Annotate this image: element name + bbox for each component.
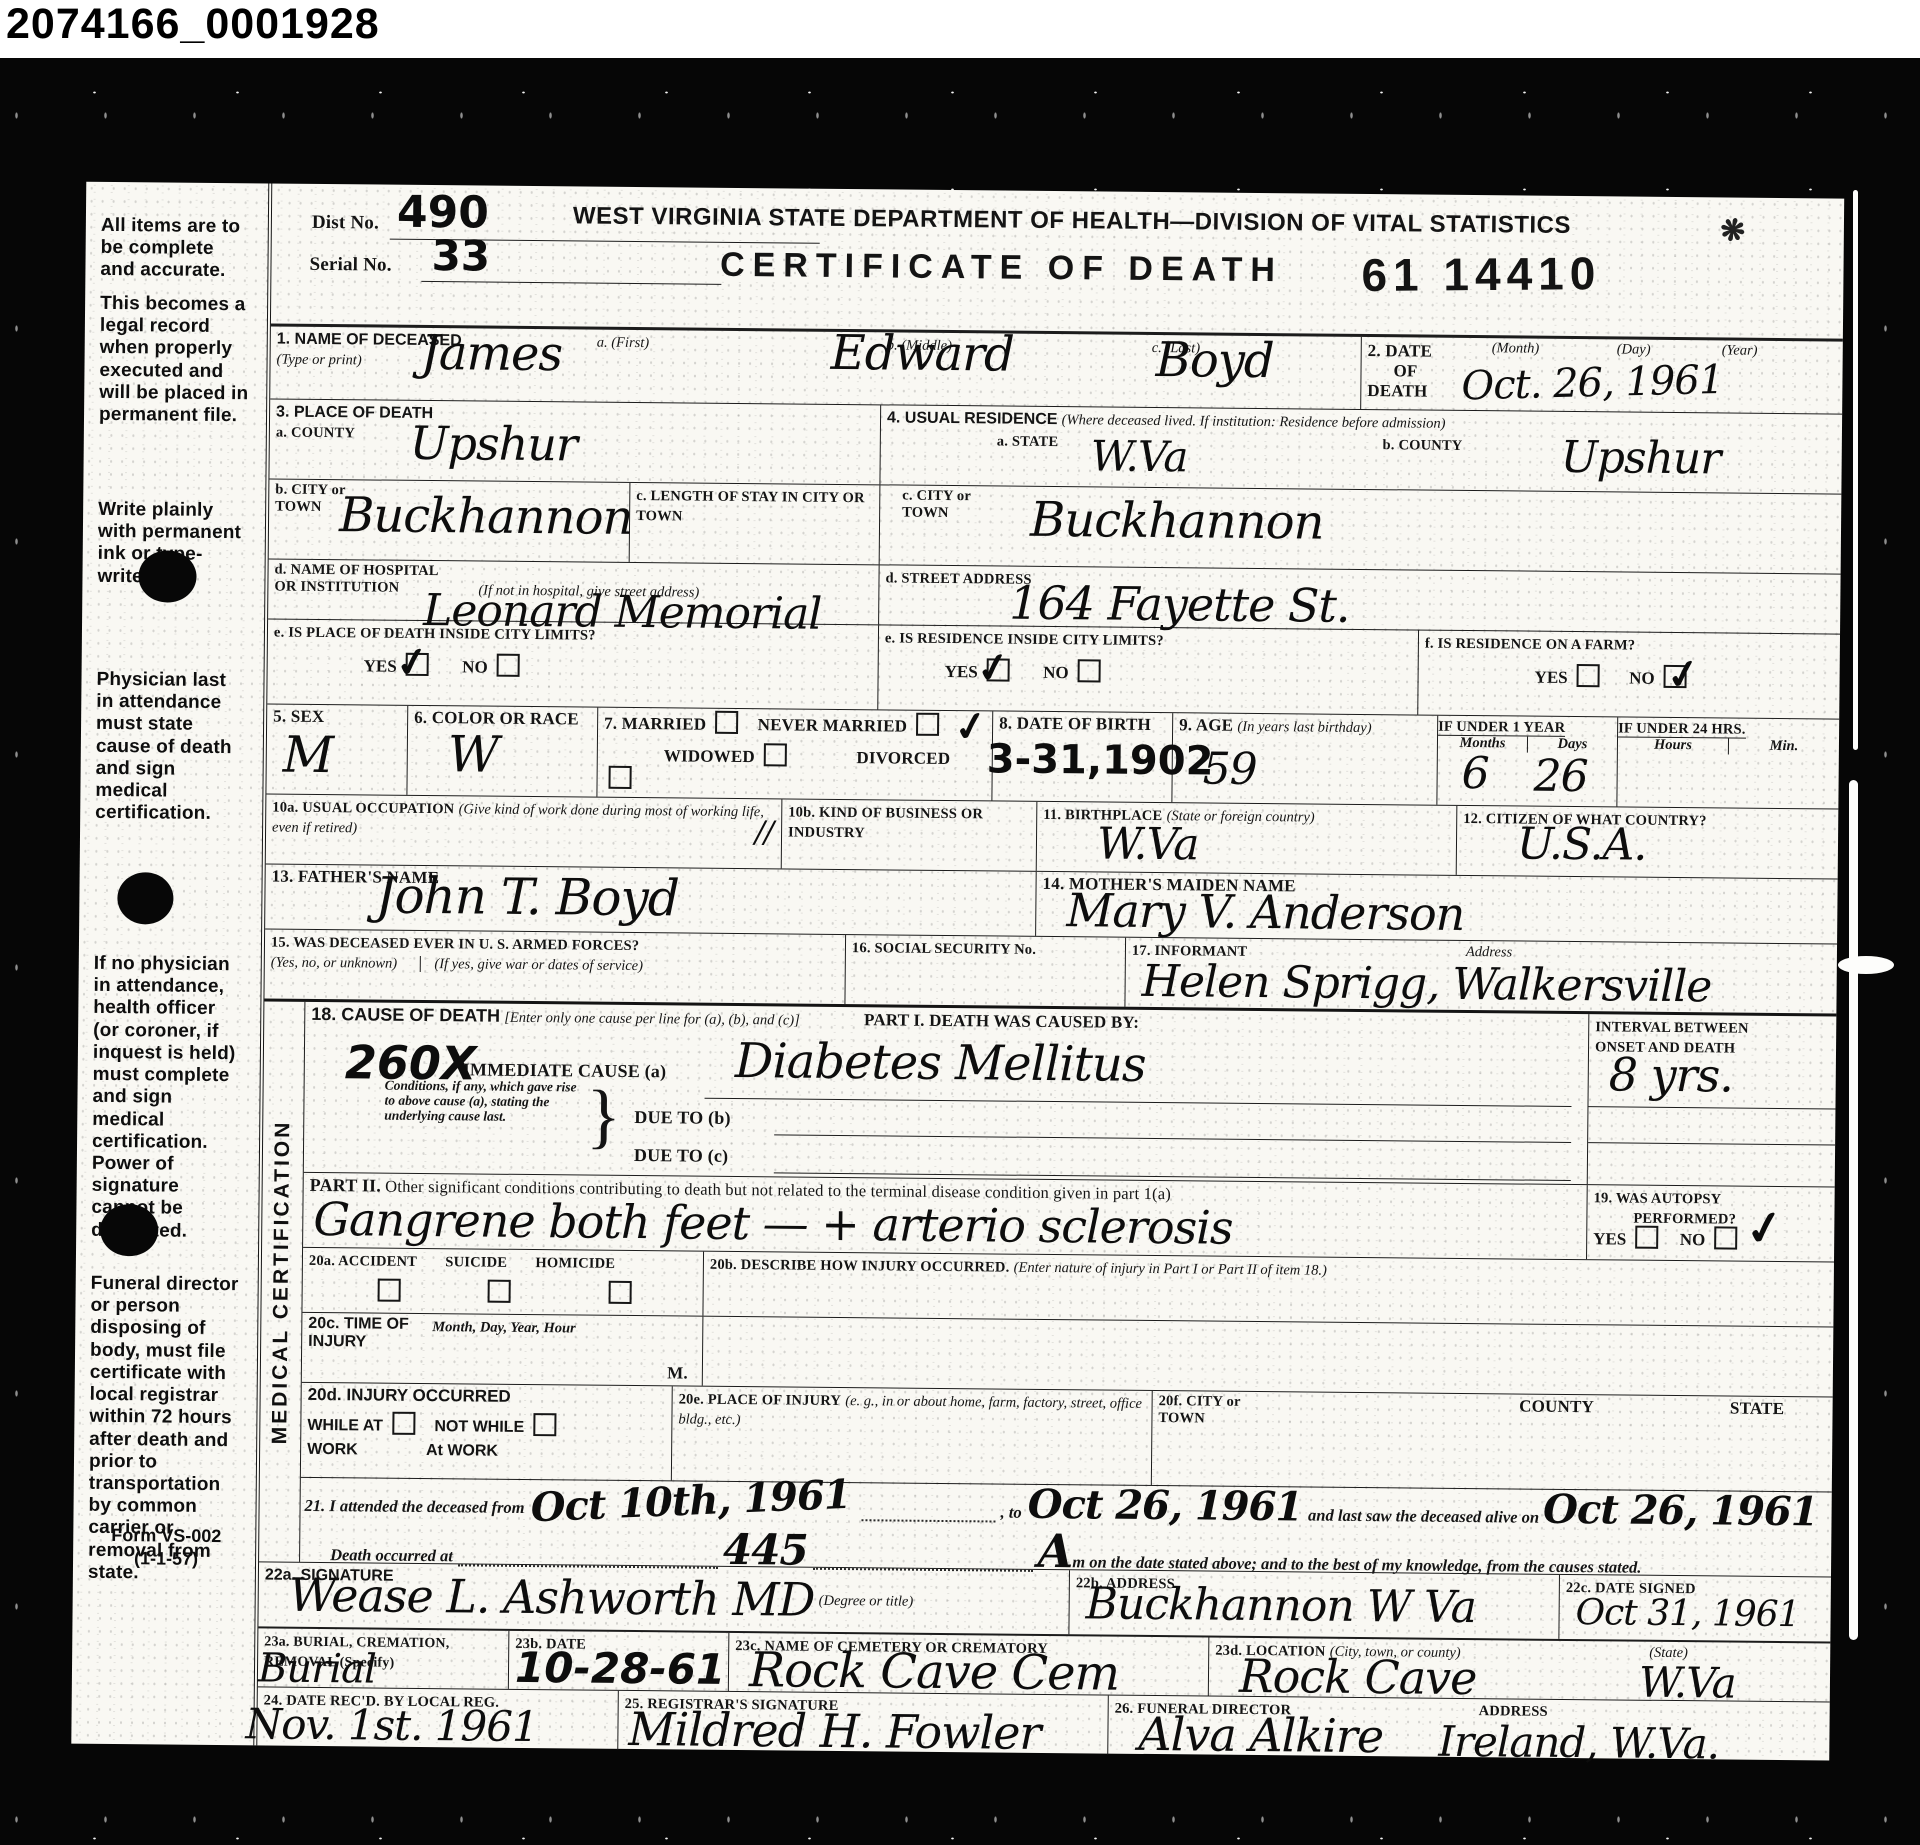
attended-from-value: Oct 10th, 1961	[530, 1479, 851, 1525]
conditions-brace: }	[586, 1075, 621, 1158]
form-code-date: (1-1-57)	[101, 1546, 231, 1570]
residence-county-label: b. COUNTY	[1382, 437, 1462, 454]
dob-value: 3-31,1902	[987, 741, 1214, 779]
year-label: (Year)	[1722, 343, 1758, 359]
age-label: 9. AGE	[1179, 715, 1233, 735]
field-signature-address: 22b. ADDRESS Buckhannon W Va	[1068, 1570, 1559, 1639]
location-value: Rock Cave	[1239, 1656, 1477, 1700]
field-date-of-birth: 8. DATE OF BIRTH 3-31,1902	[991, 711, 1172, 802]
describe-injury-sublabel: (Enter nature of injury in Part I or Par…	[1014, 1260, 1327, 1279]
date-of-death-value: Oct. 26, 1961	[1461, 362, 1724, 405]
place-of-injury-label: 20e. PLACE OF INJURY	[679, 1391, 842, 1409]
suicide-label: SUICIDE	[445, 1254, 507, 1271]
never-married-check: ✓	[952, 705, 992, 750]
field-residence-inside-limits: e. IS RESIDENCE INSIDE CITY LIMITS? YES …	[877, 625, 1418, 714]
never-married-label: NEVER MARRIED	[758, 715, 908, 735]
field-age: 9. AGE (In years last birthday) 59	[1171, 713, 1437, 805]
no-label: NO	[1680, 1230, 1706, 1249]
certificate-form: Dist No. 490 Serial No. 33 WEST VIRGINIA…	[257, 183, 1844, 1760]
field-date-received: 24. DATE REC'D. BY LOCAL REG. Nov. 1st. …	[257, 1687, 618, 1749]
field-if-under-24-hrs: IF UNDER 24 HRS. Hours Min.	[1616, 717, 1839, 808]
field-ssn: 16. SOCIAL SECURITY No.	[844, 935, 1125, 1007]
hospital-label: d. NAME OF HOSPITAL OR INSTITUTION	[274, 562, 444, 597]
due-to-b-label: DUE TO (b)	[634, 1107, 731, 1129]
suicide-checkbox	[488, 1280, 511, 1303]
residence-limits-label: e. IS RESIDENCE INSIDE CITY LIMITS?	[885, 630, 1164, 649]
date-of-death-label: 2. DATE	[1368, 341, 1433, 361]
min-label: Min.	[1729, 739, 1839, 756]
field-disposition-date: 23b. DATE 10-28-61	[508, 1631, 729, 1691]
autopsy-no-check: ✓	[1742, 1202, 1788, 1254]
field-part2: PART II. Other significant conditions co…	[303, 1173, 1587, 1259]
attended-alive-value: Oct 26, 1961	[1543, 1494, 1818, 1529]
residence-city-label: c. CITY or TOWN	[902, 488, 994, 522]
field-autopsy: 19. WAS AUTOPSY PERFORMED? YES NO ✓	[1586, 1185, 1835, 1261]
cause-bracket: [Enter only one cause per line for (a), …	[504, 1010, 800, 1029]
page-id: 2074166_0001928	[0, 0, 1920, 48]
punch-hole	[138, 550, 196, 603]
place-limits-yes-check: ✓	[393, 640, 433, 685]
field-if-under-1-year: IF UNDER 1 YEAR Months Days 6 26	[1436, 716, 1617, 807]
row-injury-place: 20d. INJURY OCCURRED WHILE AT NOT WHILE …	[301, 1382, 1833, 1492]
months-value: 6	[1461, 754, 1488, 794]
describe-injury-label: 20b. DESCRIBE HOW INJURY OCCURRED.	[710, 1257, 1010, 1276]
field-disposition: 23a. BURIAL, CREMATION, REMOVAL (Specify…	[258, 1628, 509, 1688]
field-residence-on-farm: f. IS RESIDENCE ON A FARM? YES NO ✓	[1417, 631, 1840, 719]
divorced-label: DIVORCED	[856, 748, 950, 768]
scan-header-band: 2074166_0001928	[0, 0, 1920, 58]
middle-name-value: Edward	[830, 332, 1014, 377]
at-work-label: At WORK	[426, 1442, 498, 1460]
father-name-value: John T. Boyd	[375, 874, 679, 922]
department-title: WEST VIRGINIA STATE DEPARTMENT OF HEALTH…	[572, 202, 1572, 240]
occupation-label: 10a. USUAL OCCUPATION	[272, 800, 454, 818]
yes-label: YES	[945, 662, 978, 681]
farm-yes-checkbox	[1577, 664, 1600, 687]
mother-name-value: Mary V. Anderson	[1066, 890, 1464, 935]
under-24-hrs-label: IF UNDER 24 HRS.	[1618, 720, 1746, 738]
scan-streak	[1849, 780, 1858, 1640]
no-label: NO	[1629, 669, 1655, 688]
field-place-of-death-county: 3. PLACE OF DEATH a. COUNTY Upshur	[269, 399, 880, 484]
field-citizen: 12. CITIZEN OF WHAT COUNTRY? U.S.A.	[1456, 806, 1839, 879]
field-place-of-injury: 20e. PLACE OF INJURY (e. g., in or about…	[671, 1386, 1152, 1485]
part1-label: PART I. DEATH WAS CAUSED BY:	[864, 1010, 1139, 1032]
cemetery-value: Rock Cave Cem	[749, 1649, 1119, 1696]
widowed-label: WIDOWED	[664, 746, 755, 766]
interval-value: 8 yrs.	[1609, 1054, 1733, 1097]
margin-note: All items are to be complete and accurat…	[100, 215, 253, 283]
row-sex-race-marital-age: 5. SEX M 6. COLOR OR RACE W 7. MARRIED N…	[266, 703, 1839, 808]
field-injury-state: STATE	[1681, 1396, 1833, 1491]
field-race: 6. COLOR OR RACE W	[406, 706, 597, 797]
age-value: 59	[1203, 749, 1257, 789]
form-code: Form VS-002 (1-1-57)	[101, 1524, 231, 1570]
margin-note: This becomes a legal record when properl…	[99, 293, 252, 428]
field-cause-of-death: 18. CAUSE OF DEATH [Enter only one cause…	[304, 1002, 1589, 1184]
field-street-address: d. STREET ADDRESS 164 Fayette St.	[878, 565, 1841, 633]
not-while-checkbox	[533, 1413, 556, 1436]
attended-post: and last saw the deceased alive on	[1308, 1506, 1539, 1528]
date-of-death-label-2: OF	[1393, 361, 1417, 380]
field-informant: 17. INFORMANT Address Helen Sprigg, Walk…	[1124, 938, 1837, 1014]
residence-state-value: W.Va	[1091, 437, 1188, 476]
yes-label: YES	[364, 656, 397, 675]
funeral-director-address-value: Ireland, W.Va.	[1438, 1723, 1719, 1763]
row-attended: 21. I attended the deceased from Oct 10t…	[300, 1477, 1832, 1577]
scan-streak	[1853, 190, 1858, 750]
occupation-stray-mark: //	[755, 819, 773, 846]
medical-certification-strip: MEDICAL CERTIFICATION	[259, 1001, 305, 1561]
scan-blob	[1838, 956, 1894, 974]
no-label: NO	[462, 657, 488, 676]
disposition-value: Burial	[258, 1650, 376, 1687]
residence-limits-yes-check: ✓	[974, 646, 1014, 691]
part2-value: Gangrene both feet — + arterio sclerosis	[313, 1199, 1233, 1249]
name-sublabel: (Type or print)	[277, 352, 362, 369]
farm-no-check: ✓	[1664, 653, 1704, 698]
attended-pre: 21. I attended the deceased from	[304, 1496, 524, 1518]
month-label: (Month)	[1492, 341, 1540, 357]
hours-label: Hours	[1618, 737, 1729, 754]
field-residence-city: c. CITY or TOWN Buckhannon	[879, 485, 1842, 573]
homicide-label: HOMICIDE	[535, 1255, 615, 1272]
never-married-checkbox	[916, 713, 939, 736]
time-of-injury-sublabel: Month, Day, Year, Hour	[432, 1320, 576, 1337]
signature-value: Wease L. Ashworth MD	[289, 1575, 815, 1621]
medical-certification-label: MEDICAL CERTIFICATION	[268, 1119, 295, 1444]
field-armed-forces: 15. WAS DECEASED EVER IN U. S. ARMED FOR…	[264, 929, 845, 1004]
injury-occurred-label: 20d. INJURY OCCURRED	[308, 1385, 511, 1406]
no-label: NO	[1043, 663, 1069, 682]
dist-no-value: 490	[397, 193, 489, 233]
row-city: b. CITY or TOWN Buckhannon c. LENGTH OF …	[269, 478, 1842, 573]
date-signed-value: Oct 31, 1961	[1575, 1597, 1799, 1632]
date-received-value: Nov. 1st. 1961	[245, 1705, 538, 1746]
field-sex: 5. SEX M	[266, 704, 407, 794]
residence-limits-no-checkbox	[1078, 659, 1101, 682]
dob-label: 8. DATE OF BIRTH	[999, 714, 1151, 734]
cause-code: 260X	[345, 1042, 477, 1085]
farm-label: f. IS RESIDENCE ON A FARM?	[1425, 636, 1636, 654]
form-code-number: Form VS-002	[101, 1524, 231, 1548]
date-of-death-label-3: DEATH	[1367, 381, 1427, 401]
certificate-title: CERTIFICATE OF DEATH	[651, 245, 1351, 291]
yes-label: YES	[1535, 668, 1568, 687]
days-value: 26	[1533, 757, 1587, 797]
injury-city-label: 20f. CITY or TOWN	[1158, 1393, 1268, 1427]
residence-label: 4. USUAL RESIDENCE	[887, 409, 1058, 428]
residence-state-label: a. STATE	[997, 433, 1059, 450]
field-describe-injury: 20b. DESCRIBE HOW INJURY OCCURRED. (Ente…	[702, 1252, 1834, 1327]
registrar-signature-value: Mildred H. Fowler	[628, 1709, 1040, 1754]
field-cemetery: 23c. NAME OF CEMETERY OR CREMATORY Rock …	[728, 1633, 1209, 1696]
injury-county-label: COUNTY	[1438, 1396, 1676, 1418]
margin-note: If no physician in attendance, health of…	[91, 953, 246, 1243]
race-value: W	[448, 732, 499, 777]
punch-hole	[100, 1204, 158, 1257]
while-at-work-label: WHILE AT	[307, 1417, 383, 1435]
ssn-label: 16. SOCIAL SECURITY No.	[852, 940, 1036, 958]
married-label: 7. MARRIED	[604, 714, 706, 734]
armed-forces-label: 15. WAS DECEASED EVER IN U. S. ARMED FOR…	[271, 935, 639, 955]
margin-instructions: All items are to be complete and accurat…	[71, 182, 272, 1746]
autopsy-label: 19. WAS AUTOPSY PERFORMED?	[1593, 1190, 1736, 1227]
last-name-value: Boyd	[1155, 339, 1273, 383]
autopsy-no-checkbox	[1714, 1226, 1737, 1249]
residence-sublabel: (Where deceased lived. If institution: R…	[1062, 412, 1446, 432]
field-cemetery-location: 23d. LOCATION (City, town, or county) (S…	[1208, 1638, 1831, 1702]
certificate-number-stamp: 61 14410	[1361, 246, 1601, 302]
disposition-date-value: 10-28-61	[515, 1649, 726, 1689]
injury-state-label: STATE	[1687, 1398, 1826, 1419]
not-while-label: NOT WHILE	[434, 1418, 524, 1436]
place-city-value: Buckhannon	[339, 494, 633, 540]
work-label: WORK	[307, 1441, 358, 1458]
field-length-of-stay: c. LENGTH OF STAY IN CITY OR TOWN	[629, 483, 880, 564]
field-business: 10b. KIND OF BUSINESS OR INDUSTRY	[781, 799, 1037, 870]
immediate-cause-value: Diabetes Mellitus	[735, 1040, 1146, 1087]
field-usual-residence: 4. USUAL RESIDENCE (Where deceased lived…	[879, 405, 1842, 493]
street-address-value: 164 Fayette St.	[1009, 583, 1350, 628]
divorced-checkbox	[608, 766, 631, 789]
field-father-name: 13. FATHER'S NAME John T. Boyd	[265, 864, 1036, 935]
residence-city-value: Buckhannon	[1030, 499, 1324, 545]
age-sublabel: (In years last birthday)	[1237, 719, 1371, 736]
field-birthplace: 11. BIRTHPLACE (State or foreign country…	[1036, 802, 1457, 875]
degree-title-label: (Degree or title)	[819, 1594, 914, 1611]
certificate-paper: All items are to be complete and accurat…	[71, 182, 1844, 1761]
under-1-year-label: IF UNDER 1 YEAR	[1438, 719, 1565, 737]
armed-forces-sub2: (If yes, give war or dates of service)	[419, 956, 643, 974]
row-county-residence: 3. PLACE OF DEATH a. COUNTY Upshur 4. US…	[269, 398, 1842, 493]
place-county-label: a. COUNTY	[276, 425, 355, 442]
length-of-stay-label: c. LENGTH OF STAY IN CITY OR TOWN	[636, 488, 865, 524]
serial-no-value: 33	[431, 237, 490, 275]
field-accident-type: 20a. ACCIDENT SUICIDE HOMICIDE	[302, 1248, 703, 1316]
signature-address-value: Buckhannon W Va	[1085, 1584, 1476, 1627]
field-injury-county: COUNTY	[1431, 1394, 1682, 1490]
day-label: (Day)	[1617, 342, 1651, 358]
residence-county-value: Upshur	[1561, 438, 1721, 479]
birthplace-value: W.Va	[1097, 824, 1199, 865]
homicide-checkbox	[608, 1281, 631, 1304]
field-signature: 22a. SIGNATURE (Degree or title) Wease L…	[258, 1562, 1069, 1634]
first-name-label: a. (First)	[597, 335, 650, 352]
field-date-signed: 22c. DATE SIGNED Oct 31, 1961	[1558, 1575, 1831, 1642]
medical-certification-section: MEDICAL CERTIFICATION 18. CAUSE OF DEATH…	[259, 998, 1836, 1576]
serial-no-label: Serial No.	[309, 254, 391, 277]
location-state-value: W.Va	[1639, 1664, 1736, 1703]
death-time-value: 445	[723, 1533, 808, 1567]
citizen-value: U.S.A.	[1517, 824, 1647, 865]
dist-no-label: Dist No.	[312, 212, 379, 234]
first-name-value: James	[420, 332, 562, 377]
margin-note: Physician last in attendance must state …	[95, 669, 248, 826]
field-mother-name: 14. MOTHER'S MAIDEN NAME Mary V. Anderso…	[1035, 872, 1838, 944]
field-occupation: 10a. USUAL OCCUPATION (Give kind of work…	[266, 794, 782, 868]
place-county-value: Upshur	[410, 423, 577, 466]
sex-label: 5. SEX	[273, 707, 324, 726]
time-of-injury-label: 20c. TIME OF INJURY	[308, 1315, 418, 1352]
attended-to-label: , to	[1000, 1503, 1021, 1523]
field-time-of-injury: 20c. TIME OF INJURY Month, Day, Year, Ho…	[302, 1313, 703, 1386]
field-hospital: d. NAME OF HOSPITAL OR INSTITUTION (If n…	[268, 559, 879, 624]
while-at-work-checkbox	[392, 1412, 415, 1435]
hospital-value: Leonard Memorial	[423, 591, 822, 634]
field-marital-status: 7. MARRIED NEVER MARRIED WIDOWED DIVORCE…	[596, 708, 992, 801]
field-date-of-death: 2. DATE OF DEATH (Month) (Day) (Year) Oc…	[1360, 337, 1843, 414]
armed-forces-sub1: (Yes, no, or unknown)	[271, 955, 398, 972]
field-interval: INTERVAL BETWEENONSET AND DEATH 8 yrs.	[1587, 1014, 1837, 1186]
cause-label: 18. CAUSE OF DEATH	[311, 1004, 500, 1026]
yes-label: YES	[1593, 1229, 1626, 1248]
attended-to-value: Oct 26, 1961	[1028, 1489, 1303, 1524]
business-label: 10b. KIND OF BUSINESS OR INDUSTRY	[788, 804, 983, 841]
widowed-checkbox	[764, 743, 787, 766]
field-injury-occurred: 20d. INJURY OCCURRED WHILE AT NOT WHILE …	[301, 1383, 672, 1481]
stamp-ornament-icon: ❋	[1716, 211, 1749, 251]
place-limits-no-checkbox	[497, 654, 520, 677]
accident-label: 20a. ACCIDENT	[309, 1253, 417, 1270]
sex-value: M	[283, 733, 334, 778]
funeral-director-value: Alva Alkire	[1138, 1714, 1383, 1758]
time-m-label: M.	[667, 1364, 688, 1384]
form-header: Dist No. 490 Serial No. 33 WEST VIRGINIA…	[271, 183, 1844, 338]
informant-value: Helen Sprigg, Walkersville	[1141, 962, 1711, 1007]
field-describe-injury-cont	[702, 1317, 1834, 1397]
field-place-city: b. CITY or TOWN Buckhannon	[269, 479, 630, 561]
death-ampm-value: A	[1038, 1533, 1073, 1570]
punch-hole	[117, 872, 173, 925]
accident-checkbox	[378, 1279, 401, 1302]
field-injury-city: 20f. CITY or TOWN	[1151, 1391, 1432, 1488]
autopsy-yes-checkbox	[1635, 1226, 1658, 1249]
married-checkbox	[715, 711, 738, 734]
due-to-c-label: DUE TO (c)	[634, 1145, 729, 1167]
row-cause-of-death: 18. CAUSE OF DEATH [Enter only one cause…	[304, 1002, 1837, 1187]
scanned-document-page: 2074166_0001928 All items are to be comp…	[0, 0, 1920, 1845]
